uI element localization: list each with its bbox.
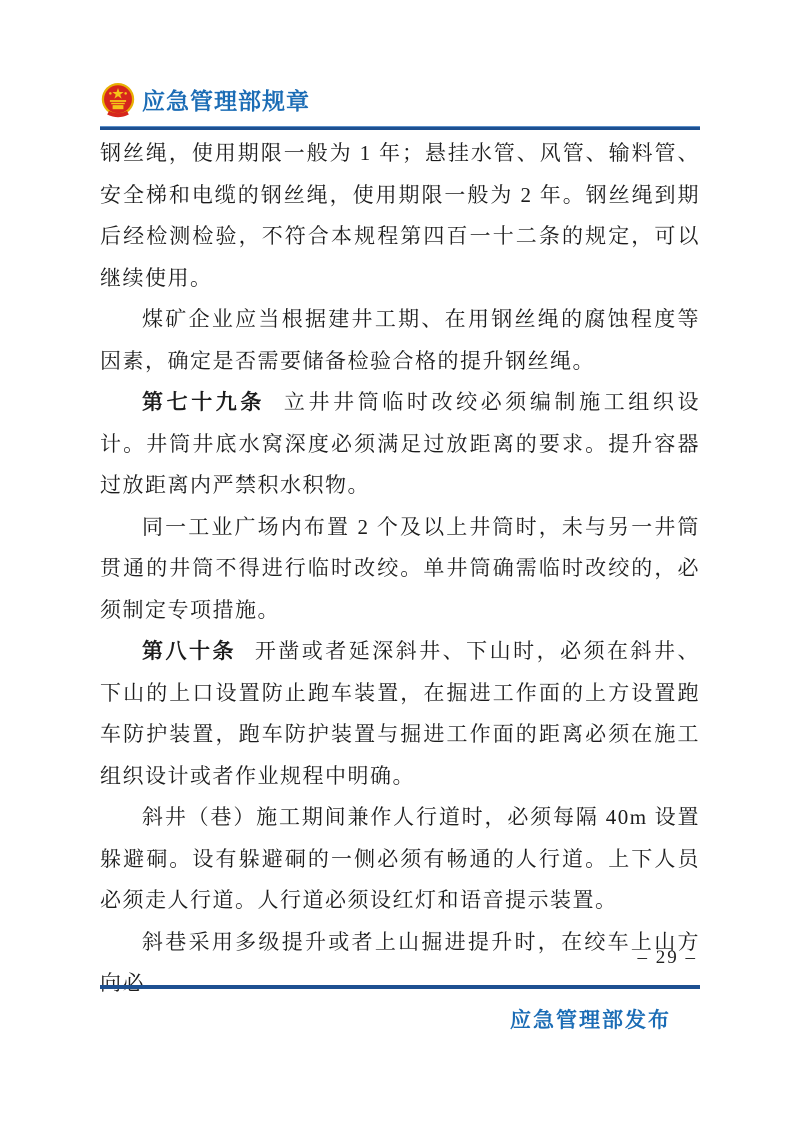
body-paragraph: 钢丝绳，使用期限一般为 1 年；悬挂水管、风管、输料管、安全梯和电缆的钢丝绳，使… <box>100 133 700 299</box>
page-number: – 29 – <box>638 947 698 969</box>
footer-rule <box>100 985 700 989</box>
body-paragraph: 煤矿企业应当根据建井工期、在用钢丝绳的腐蚀程度等因素，确定是否需要储备检验合格的… <box>100 299 700 382</box>
body-paragraph: 斜巷采用多级提升或者上山掘进提升时，在绞车上山方向必 <box>100 922 700 1005</box>
china-national-emblem-icon <box>100 82 136 120</box>
footer-publisher: 应急管理部发布 <box>510 1004 671 1034</box>
page-header: 应急管理部规章 <box>100 82 700 120</box>
paragraph-text: 斜井（巷）施工期间兼作人行道时，必须每隔 40m 设置躲避硐。设有躲避硐的一侧必… <box>100 805 700 912</box>
document-page: 应急管理部规章 钢丝绳，使用期限一般为 1 年；悬挂水管、风管、输料管、安全梯和… <box>0 0 793 1122</box>
article-number: 第八十条 <box>142 640 236 663</box>
body-paragraph: 第八十条开凿或者延深斜井、下山时，必须在斜井、下山的上口设置防止跑车装置，在掘进… <box>100 631 700 797</box>
paragraph-text: 煤矿企业应当根据建井工期、在用钢丝绳的腐蚀程度等因素，确定是否需要储备检验合格的… <box>100 307 700 373</box>
article-number: 第七十九条 <box>142 391 265 414</box>
paragraph-text: 钢丝绳，使用期限一般为 1 年；悬挂水管、风管、输料管、安全梯和电缆的钢丝绳，使… <box>100 141 700 290</box>
body-paragraph: 斜井（巷）施工期间兼作人行道时，必须每隔 40m 设置躲避硐。设有躲避硐的一侧必… <box>100 797 700 922</box>
body-paragraph: 同一工业广场内布置 2 个及以上井筒时，未与另一井筒贯通的井筒不得进行临时改绞。… <box>100 507 700 632</box>
header-rule <box>100 126 700 130</box>
body-paragraph: 第七十九条立井井筒临时改绞必须编制施工组织设计。井筒井底水窝深度必须满足过放距离… <box>100 382 700 507</box>
header-title: 应急管理部规章 <box>142 82 310 120</box>
document-body: 钢丝绳，使用期限一般为 1 年；悬挂水管、风管、输料管、安全梯和电缆的钢丝绳，使… <box>100 133 700 1005</box>
paragraph-text: 同一工业广场内布置 2 个及以上井筒时，未与另一井筒贯通的井筒不得进行临时改绞。… <box>100 515 700 622</box>
